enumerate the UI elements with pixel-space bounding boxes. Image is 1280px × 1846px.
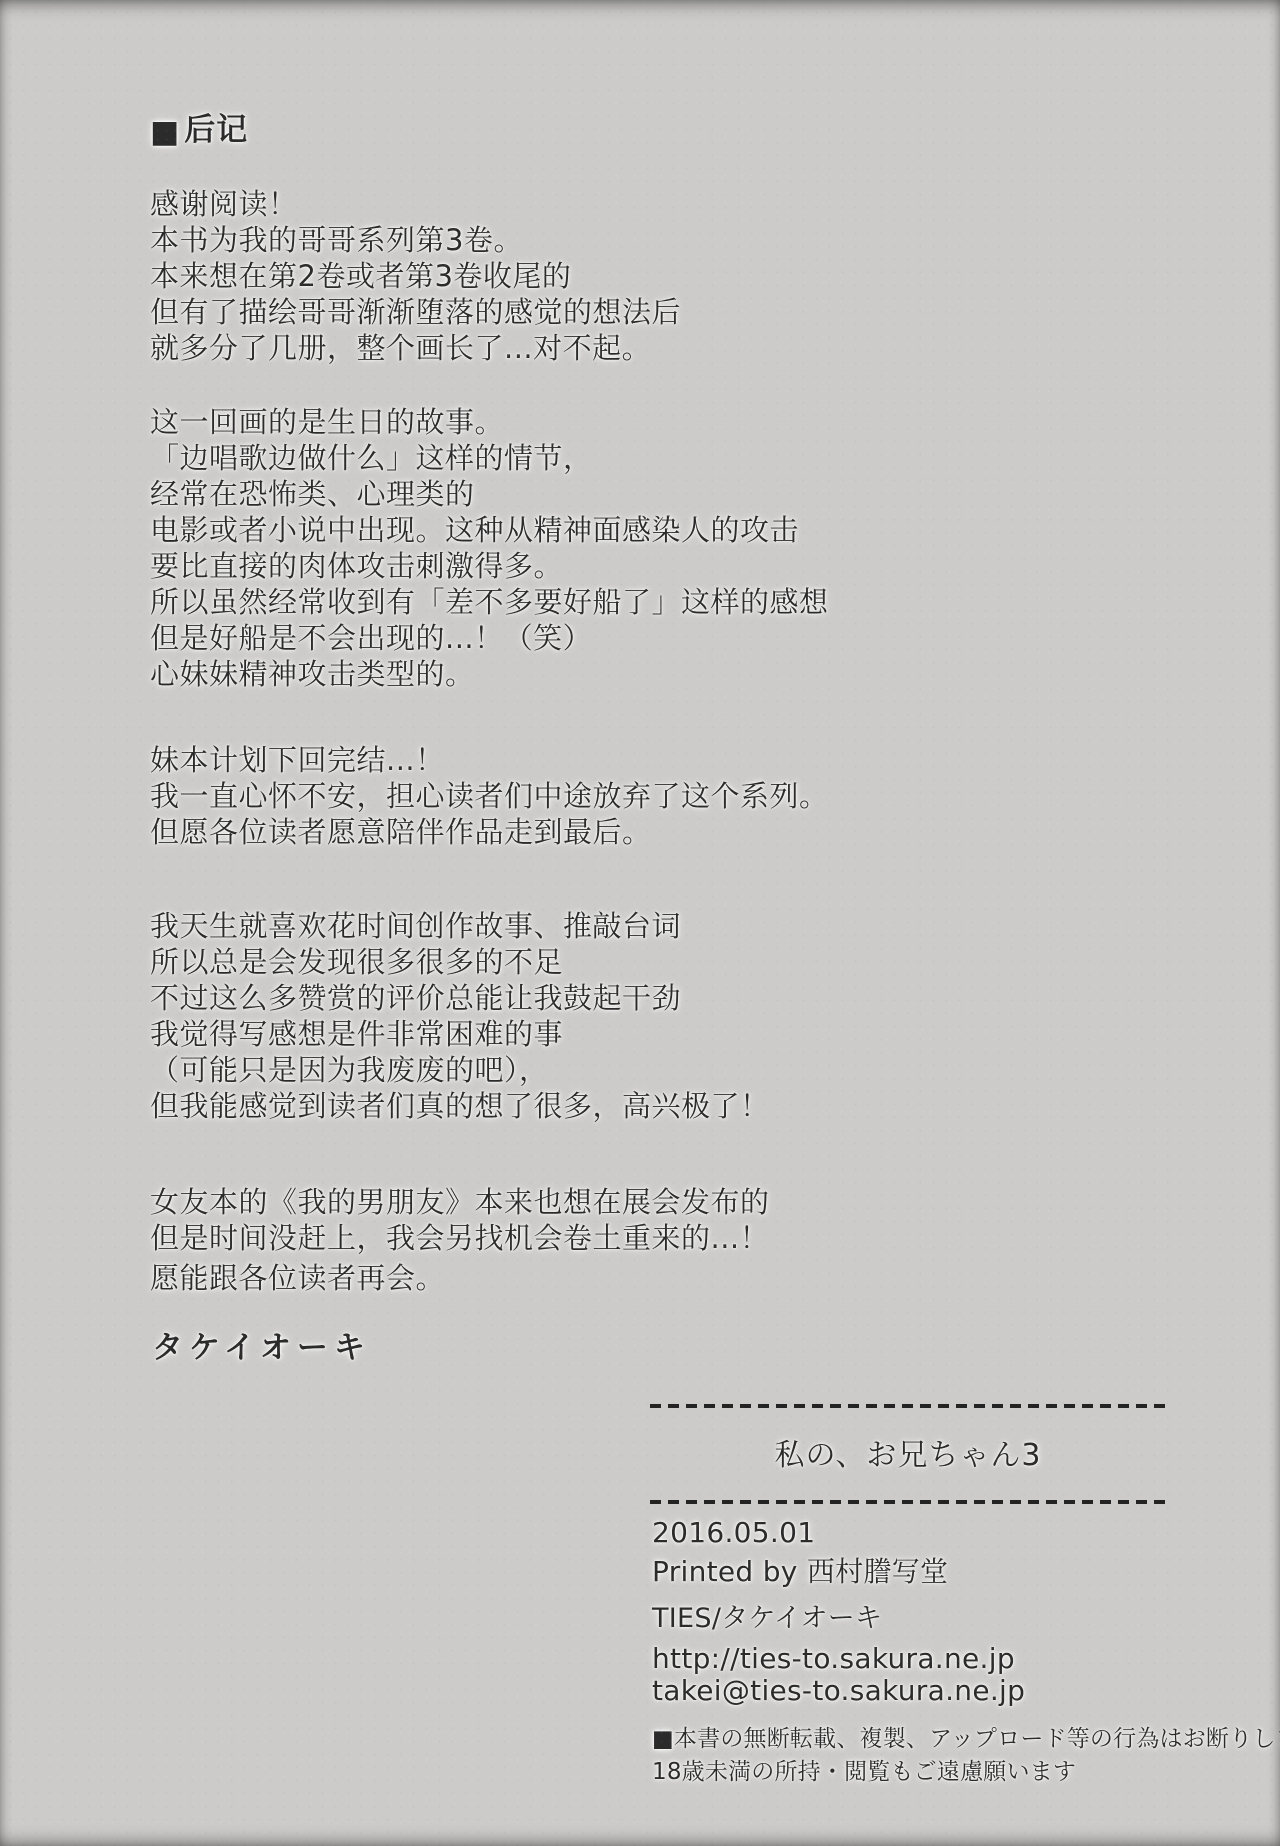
afterword-line: 妹本计划下回完结...！: [150, 742, 829, 778]
dashed-divider-top: [650, 1404, 1166, 1408]
afterword-paragraph-5: 女友本的《我的男朋友》本来也想在展会发布的 但是时间没赶上，我会另找机会卷土重来…: [150, 1184, 770, 1256]
afterword-line: 我天生就喜欢花时间创作故事、推敲台词: [150, 908, 770, 944]
afterword-paragraph-1: 感谢阅读！ 本书为我的哥哥系列第3卷。 本来想在第2卷或者第3卷收尾的 但有了描…: [150, 186, 681, 366]
afterword-paragraph-2: 这一回画的是生日的故事。 「边唱歌边做什么」这样的情节， 经常在恐怖类、心理类的…: [150, 404, 829, 692]
afterword-line: （可能只是因为我废废的吧），: [150, 1052, 770, 1088]
page-title-text: 后记: [184, 112, 248, 148]
afterword-line: 就多分了几册，整个画长了...对不起。: [150, 330, 681, 366]
circle-author-credit: TIES/タケイオーキ: [652, 1596, 882, 1635]
afterword-line: 但愿各位读者愿意陪伴作品走到最后。: [150, 814, 829, 850]
author-signature: タケイオーキ: [152, 1322, 371, 1367]
afterword-paragraph-3: 妹本计划下回完结...！ 我一直心怀不安，担心读者们中途放弃了这个系列。 但愿各…: [150, 742, 829, 850]
afterword-line: 不过这么多赞赏的评价总能让我鼓起干劲: [150, 980, 770, 1016]
copyright-notice-line-1: ■本書の無断転載、複製、アップロード等の行為はお断りします: [652, 1720, 1280, 1753]
afterword-paragraph-4: 我天生就喜欢花时间创作故事、推敲台词 所以总是会发现很多很多的不足 不过这么多赞…: [150, 908, 770, 1124]
afterword-line: 电影或者小说中出现。这种从精神面感染人的攻击: [150, 512, 829, 548]
afterword-line: 但有了描绘哥哥渐渐堕落的感觉的想法后: [150, 294, 681, 330]
dashed-divider-bottom: [650, 1500, 1166, 1504]
afterword-line: 本书为我的哥哥系列第3卷。: [150, 222, 681, 258]
afterword-line: 「边唱歌边做什么」这样的情节，: [150, 440, 829, 476]
afterword-line: 要比直接的肉体攻击刺激得多。: [150, 548, 829, 584]
afterword-line: 女友本的《我的男朋友》本来也想在展会发布的: [150, 1184, 770, 1220]
afterword-line: 所以虽然经常收到有「差不多要好船了」这样的感想: [150, 584, 829, 620]
book-title: 私の、お兄ちゃん3: [650, 1430, 1166, 1474]
afterword-line: 本来想在第2卷或者第3卷收尾的: [150, 258, 681, 294]
contact-email: takei@ties-to.sakura.ne.jp: [652, 1674, 1025, 1707]
closing-line: 愿能跟各位读者再会。: [150, 1256, 445, 1297]
afterword-line: 经常在恐怖类、心理类的: [150, 476, 829, 512]
section-marker-icon: ■: [150, 114, 180, 150]
afterword-line: 我一直心怀不安，担心读者们中途放弃了这个系列。: [150, 778, 829, 814]
age-restriction-notice-line-2: 18歳未満の所持・閲覧もご遠慮願います: [652, 1753, 1076, 1786]
scanned-afterword-page: ■后记 感谢阅读！ 本书为我的哥哥系列第3卷。 本来想在第2卷或者第3卷收尾的 …: [0, 0, 1280, 1846]
afterword-line: 但是时间没赶上，我会另找机会卷土重来的...！: [150, 1220, 770, 1256]
afterword-line: 我觉得写感想是件非常困难的事: [150, 1016, 770, 1052]
publication-date: 2016.05.01: [652, 1516, 815, 1549]
afterword-line: 心妹妹精神攻击类型的。: [150, 656, 829, 692]
printer-credit: Printed by 西村謄写堂: [652, 1550, 948, 1590]
afterword-line: 但我能感觉到读者们真的想了很多，高兴极了！: [150, 1088, 770, 1124]
website-url: http://ties-to.sakura.ne.jp: [652, 1642, 1015, 1675]
afterword-line: 感谢阅读！: [150, 186, 681, 222]
page-title: ■后记: [150, 104, 248, 150]
afterword-line: 所以总是会发现很多很多的不足: [150, 944, 770, 980]
afterword-line: 这一回画的是生日的故事。: [150, 404, 829, 440]
afterword-line: 但是好船是不会出现的...！（笑）: [150, 620, 829, 656]
